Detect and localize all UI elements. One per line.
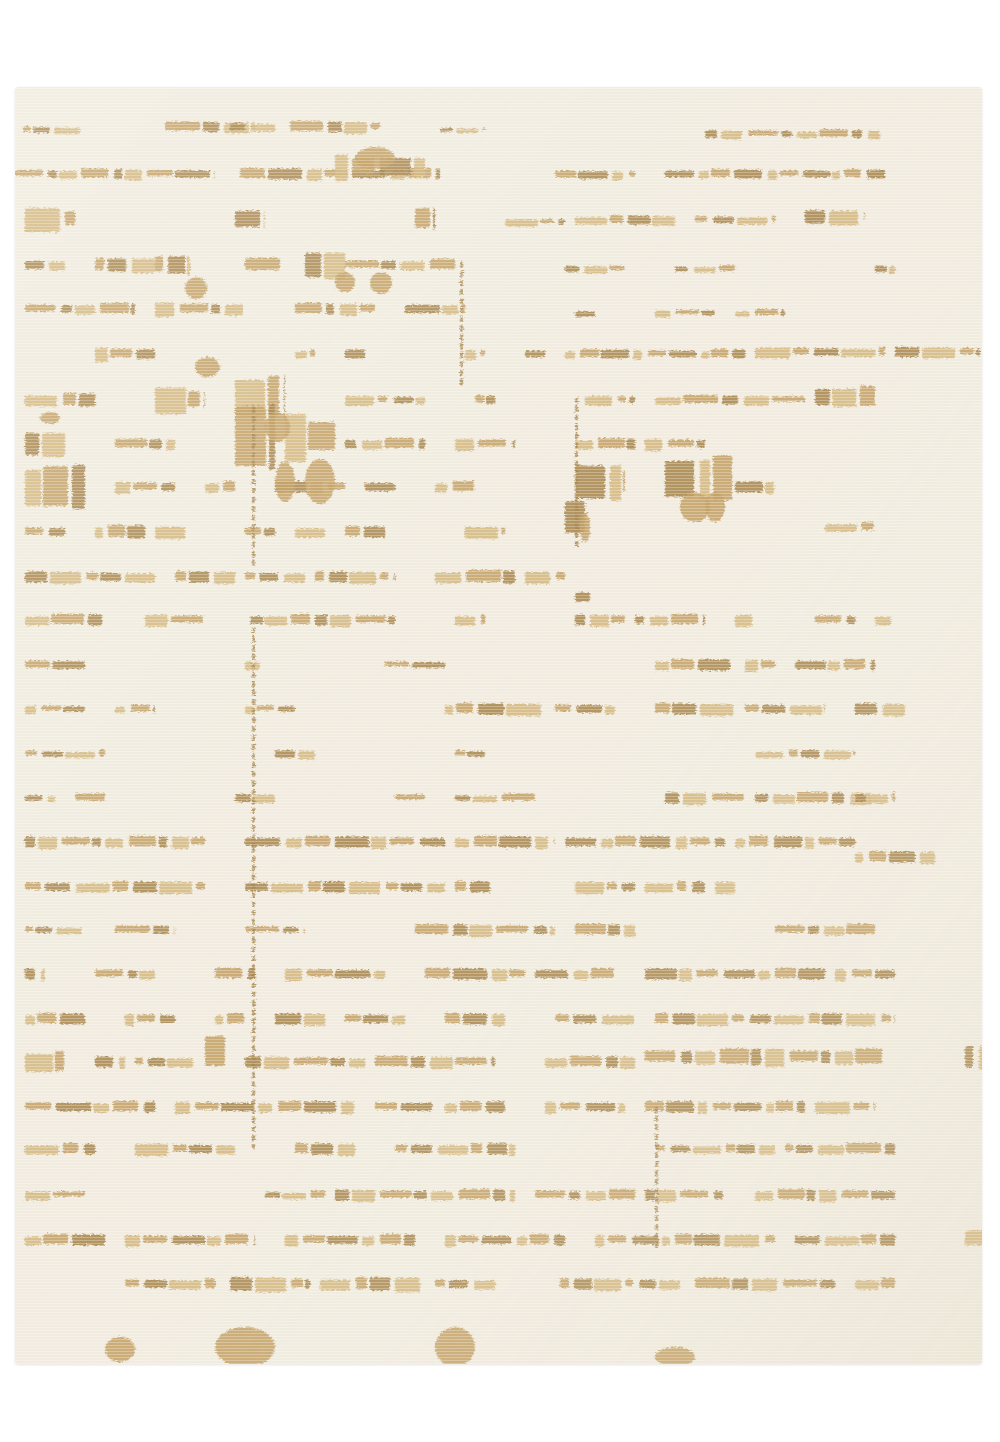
rug-pattern-graphic xyxy=(15,87,982,1364)
photo-canvas: Cream rug with abstract gold horizontal … xyxy=(0,0,1000,1442)
rug-product-image xyxy=(15,87,982,1364)
